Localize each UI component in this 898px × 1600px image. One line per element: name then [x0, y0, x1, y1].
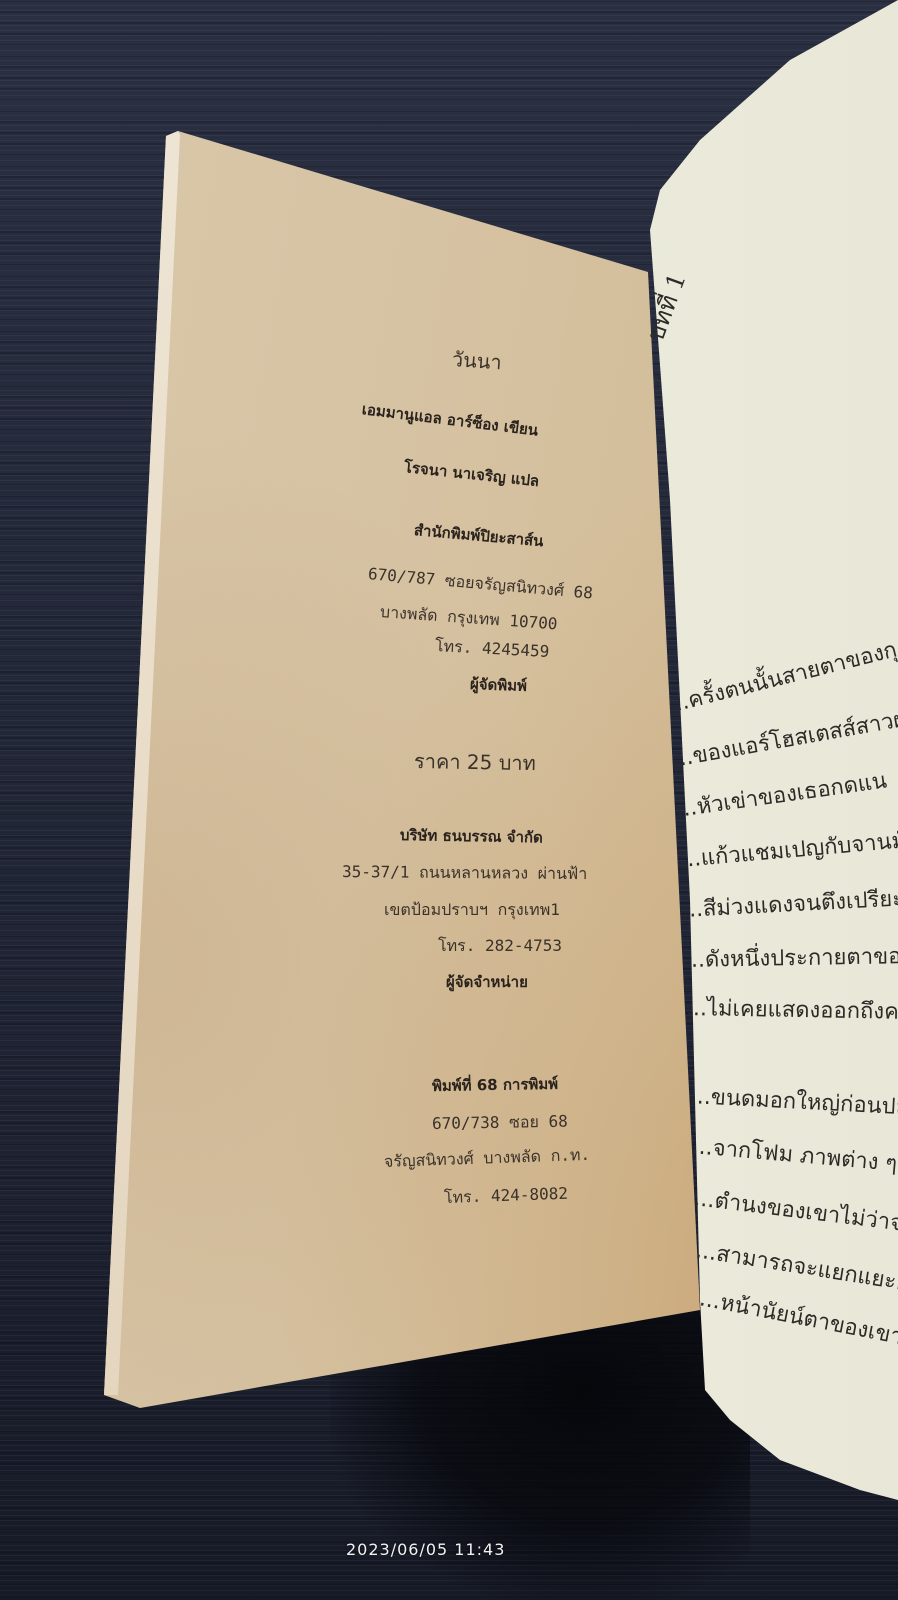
photo-timestamp: 2023/06/05 11:43	[346, 1540, 505, 1559]
distributor-name: บริษัท ธนบรรณ จำกัด	[400, 823, 543, 849]
printer-name: พิมพ์ที่ 68 การพิมพ์	[432, 1072, 558, 1098]
price: ราคา 25 บาท	[414, 745, 536, 779]
printer-address-1: 670/738 ซอย 68	[432, 1110, 568, 1137]
publisher-role: ผู้จัดพิมพ์	[470, 672, 528, 698]
printer-phone: โทร. 424-8082	[444, 1182, 569, 1211]
body-line: ...ดังหนึ่งประกายตาของ	[684, 938, 898, 977]
body-line: ...ไม่เคยแสดงออกถึงความรู้	[686, 990, 898, 1030]
book-title: วันนา	[451, 343, 503, 378]
distributor-phone: โทร. 282-4753	[438, 934, 562, 959]
distributor-role: ผู้จัดจำหน่าย	[446, 970, 528, 994]
distributor-address-2: เขตป้อมปราบฯ กรุงเทพ1	[384, 898, 560, 923]
distributor-address-1: 35-37/1 ถนนหลานหลวง ผ่านฟ้า	[342, 860, 588, 887]
